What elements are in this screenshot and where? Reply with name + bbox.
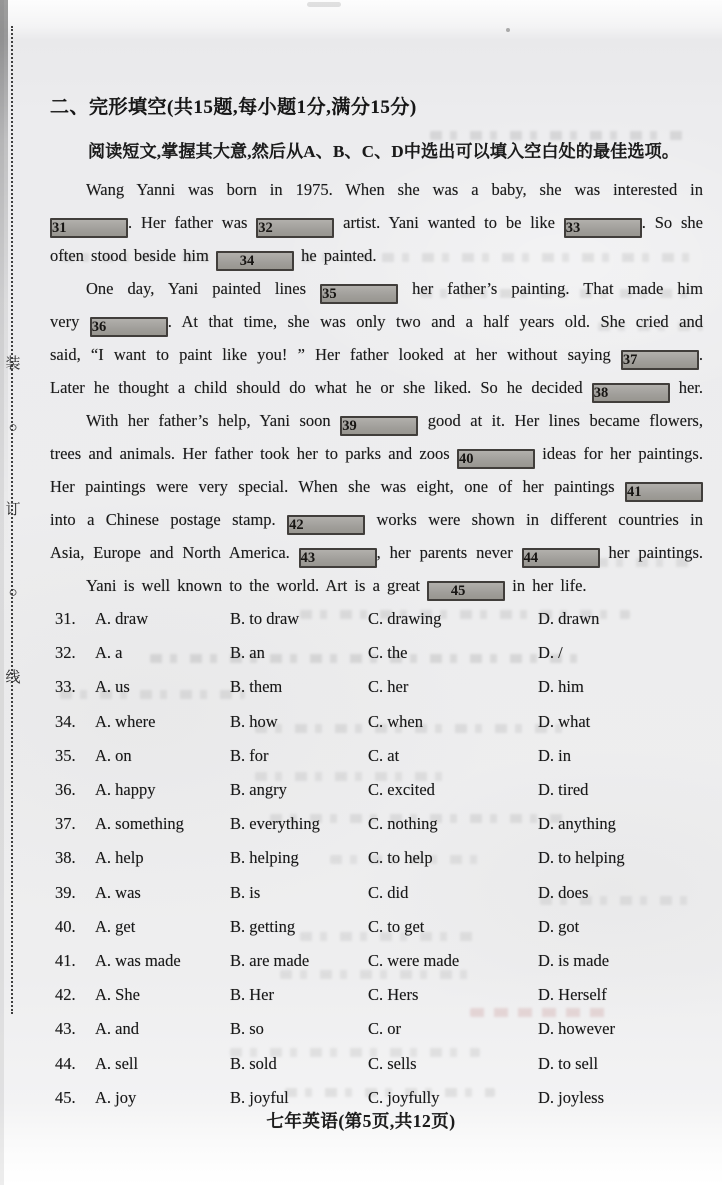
option-a: A. and	[95, 1019, 230, 1039]
option-b: B. is	[230, 883, 368, 903]
option-b: B. them	[230, 677, 368, 697]
blank-box-32: 32	[256, 218, 334, 238]
passage-line: Yani is well known to the world. Art is …	[50, 569, 703, 602]
option-d: D. joyless	[538, 1088, 703, 1108]
question-number: 42.	[55, 985, 95, 1005]
blank-box-44: 44	[522, 548, 600, 568]
option-a: A. us	[95, 677, 230, 697]
option-d: D. /	[538, 643, 703, 663]
passage-line: 31. Her father was 32 artist. Yani wante…	[50, 206, 703, 239]
option-b: B. joyful	[230, 1088, 368, 1108]
option-a: A. help	[95, 848, 230, 868]
option-d: D. in	[538, 746, 703, 766]
option-c: C. to get	[368, 917, 538, 937]
question-row: 42.A. SheB. HerC. HersD. Herself	[55, 978, 703, 1012]
option-c: C. joyfully	[368, 1088, 538, 1108]
cloze-passage: Wang Yanni was born in 1975. When she wa…	[50, 173, 703, 602]
option-b: B. helping	[230, 848, 368, 868]
question-number: 43.	[55, 1019, 95, 1039]
question-number: 34.	[55, 712, 95, 732]
question-row: 37.A. somethingB. everythingC. nothingD.…	[55, 807, 703, 841]
option-c: C. excited	[368, 780, 538, 800]
scan-left-edge-dark	[0, 0, 8, 560]
option-b: B. so	[230, 1019, 368, 1039]
passage-line: With her father’s help, Yani soon 39 goo…	[50, 404, 703, 437]
question-number: 45.	[55, 1088, 95, 1108]
option-c: C. her	[368, 677, 538, 697]
question-number: 32.	[55, 643, 95, 663]
passage-line: Her paintings were very special. When sh…	[50, 470, 703, 503]
binding-label: 订	[2, 498, 24, 519]
option-b: B. how	[230, 712, 368, 732]
passage-line: One day, Yani painted lines 35 her fathe…	[50, 272, 703, 305]
option-b: B. Her	[230, 985, 368, 1005]
option-a: A. get	[95, 917, 230, 937]
passage-line: very 36. At that time, she was only two …	[50, 305, 703, 338]
option-d: D. what	[538, 712, 703, 732]
option-a: A. joy	[95, 1088, 230, 1108]
blank-box-36: 36	[90, 317, 168, 337]
option-a: A. a	[95, 643, 230, 663]
option-a: A. sell	[95, 1054, 230, 1074]
option-a: A. where	[95, 712, 230, 732]
option-d: D. however	[538, 1019, 703, 1039]
blank-box-38: 38	[592, 383, 670, 403]
question-row: 36.A. happyB. angryC. excitedD. tired	[55, 773, 703, 807]
passage-line: Wang Yanni was born in 1975. When she wa…	[50, 173, 703, 206]
option-a: A. was made	[95, 951, 230, 971]
option-c: C. drawing	[368, 609, 538, 629]
option-b: B. to draw	[230, 609, 368, 629]
blank-box-31: 31	[50, 218, 128, 238]
question-number: 40.	[55, 917, 95, 937]
option-b: B. are made	[230, 951, 368, 971]
option-d: D. is made	[538, 951, 703, 971]
question-number: 35.	[55, 746, 95, 766]
option-c: C. the	[368, 643, 538, 663]
option-c: C. were made	[368, 951, 538, 971]
option-d: D. got	[538, 917, 703, 937]
binding-dotted-line	[11, 26, 13, 1014]
blank-box-33: 33	[564, 218, 642, 238]
option-d: D. to helping	[538, 848, 703, 868]
question-row: 39.A. wasB. isC. didD. does	[55, 876, 703, 910]
option-d: D. to sell	[538, 1054, 703, 1074]
question-row: 31.A. drawB. to drawC. drawingD. drawn	[55, 602, 703, 636]
option-d: D. anything	[538, 814, 703, 834]
option-d: D. drawn	[538, 609, 703, 629]
option-a: A. on	[95, 746, 230, 766]
option-a: A. was	[95, 883, 230, 903]
blank-box-39: 39	[340, 416, 418, 436]
question-row: 40.A. getB. gettingC. to getD. got	[55, 910, 703, 944]
option-b: B. sold	[230, 1054, 368, 1074]
blank-box-37: 37	[621, 350, 699, 370]
question-row: 34.A. whereB. howC. whenD. what	[55, 705, 703, 739]
option-c: C. at	[368, 746, 538, 766]
question-row: 33.A. usB. themC. herD. him	[55, 670, 703, 704]
option-a: A. happy	[95, 780, 230, 800]
option-b: B. everything	[230, 814, 368, 834]
question-row: 32.A. aB. anC. theD. /	[55, 636, 703, 670]
question-number: 31.	[55, 609, 95, 629]
option-b: B. an	[230, 643, 368, 663]
passage-line: Later he thought a child should do what …	[50, 371, 703, 404]
exam-page-content: 二、完形填空(共15题,每小题1分,满分15分) 阅读短文,掌握其大意,然后从A…	[50, 0, 703, 1115]
question-row: 41.A. was madeB. are madeC. were madeD. …	[55, 944, 703, 978]
option-c: C. nothing	[368, 814, 538, 834]
option-d: D. tired	[538, 780, 703, 800]
option-b: B. for	[230, 746, 368, 766]
option-a: A. She	[95, 985, 230, 1005]
question-number: 44.	[55, 1054, 95, 1074]
question-row: 44.A. sellB. soldC. sellsD. to sell	[55, 1046, 703, 1080]
option-c: C. sells	[368, 1054, 538, 1074]
option-d: D. does	[538, 883, 703, 903]
question-row: 43.A. andB. soC. orD. however	[55, 1012, 703, 1046]
binding-label: ○	[2, 585, 24, 602]
question-number: 41.	[55, 951, 95, 971]
binding-label: 装	[2, 352, 24, 373]
blank-box-34: 34	[216, 251, 294, 271]
option-d: D. Herself	[538, 985, 703, 1005]
option-a: A. something	[95, 814, 230, 834]
blank-box-35: 35	[320, 284, 398, 304]
blank-box-42: 42	[287, 515, 365, 535]
section-title: 二、完形填空(共15题,每小题1分,满分15分)	[50, 92, 703, 119]
binding-label: 线	[2, 666, 24, 687]
option-c: C. did	[368, 883, 538, 903]
option-a: A. draw	[95, 609, 230, 629]
option-b: B. getting	[230, 917, 368, 937]
passage-line: trees and animals. Her father took her t…	[50, 437, 703, 470]
passage-line: Asia, Europe and North America. 43, her …	[50, 536, 703, 569]
question-number: 39.	[55, 883, 95, 903]
blank-box-41: 41	[625, 482, 703, 502]
option-b: B. angry	[230, 780, 368, 800]
passage-line: often stood beside him 34 he painted.	[50, 239, 703, 272]
option-c: C. or	[368, 1019, 538, 1039]
section-instructions: 阅读短文,掌握其大意,然后从A、B、C、D中选出可以填入空白处的最佳选项。	[50, 137, 703, 162]
passage-line: said, “I want to paint like you! ” Her f…	[50, 338, 703, 371]
option-d: D. him	[538, 677, 703, 697]
question-number: 33.	[55, 677, 95, 697]
question-list: 31.A. drawB. to drawC. drawingD. drawn32…	[50, 602, 703, 1115]
option-c: C. Hers	[368, 985, 538, 1005]
option-c: C. when	[368, 712, 538, 732]
blank-box-45: 45	[427, 581, 505, 601]
question-row: 38.A. helpB. helpingC. to helpD. to help…	[55, 841, 703, 875]
blank-box-40: 40	[457, 449, 535, 469]
question-number: 36.	[55, 780, 95, 800]
question-number: 38.	[55, 848, 95, 868]
question-number: 37.	[55, 814, 95, 834]
passage-line: into a Chinese postage stamp. 42 works w…	[50, 503, 703, 536]
option-c: C. to help	[368, 848, 538, 868]
binding-label: ○	[2, 420, 24, 437]
blank-box-43: 43	[299, 548, 377, 568]
page-footer: 七年英语(第5页,共12页)	[0, 1108, 722, 1133]
question-row: 35.A. onB. forC. atD. in	[55, 739, 703, 773]
